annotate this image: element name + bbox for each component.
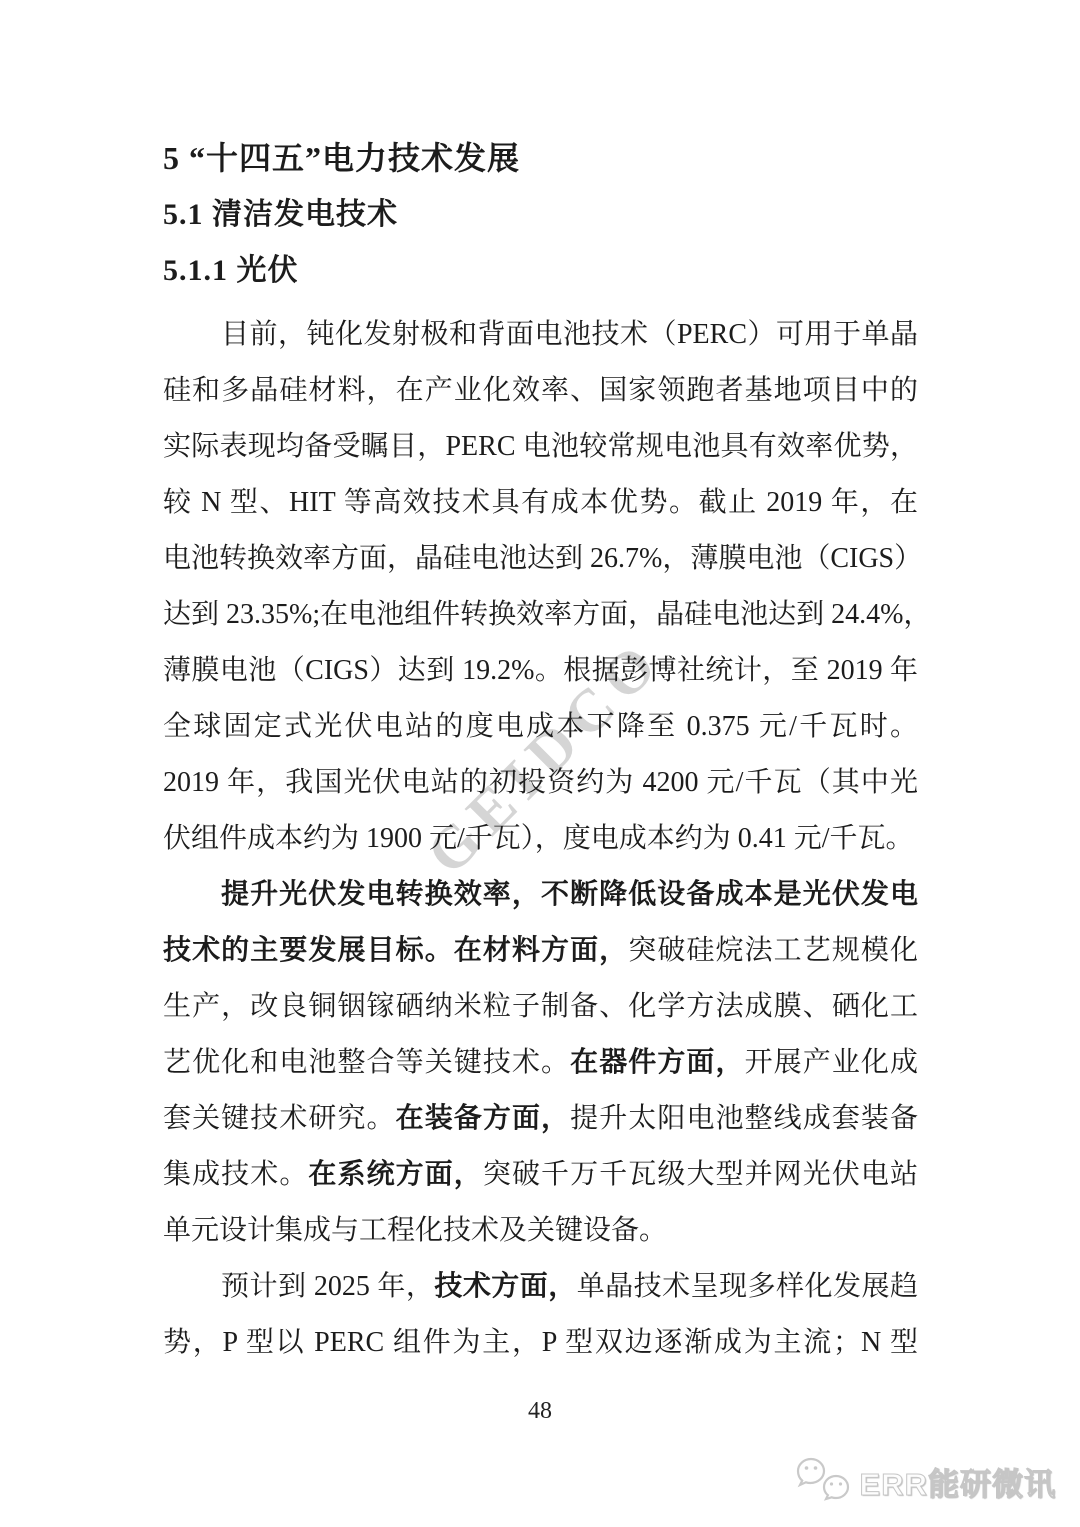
text-run: 突破千万千瓦级大型并网光伏电站 <box>483 1159 918 1190</box>
subsection-heading: 5.1 清洁发电技术 <box>163 195 918 235</box>
text-run: 生产，改良铜铟镓硒纳米粒子制备、化学方法成膜、硒化工 <box>163 991 918 1022</box>
bold-text-run: 在装备方面， <box>396 1103 570 1134</box>
page-number: 48 <box>0 1398 1080 1425</box>
text-run: 硅和多晶硅材料，在产业化效率、国家领跑者基地项目中的 <box>163 375 918 406</box>
text-line: 较 N 型、HIT 等高效技术具有成本优势。截止 2019 年，在 <box>163 475 918 531</box>
text-line: 硅和多晶硅材料，在产业化效率、国家领跑者基地项目中的 <box>163 363 918 419</box>
text-line: 伏组件成本约为 1900 元/千瓦），度电成本约为 0.41 元/千瓦。 <box>163 811 918 867</box>
text-line: 电池转换效率方面，晶硅电池达到 26.7%，薄膜电池（CIGS） <box>163 531 918 587</box>
text-run: 单元设计集成与工程化技术及关键设备。 <box>163 1215 667 1246</box>
text-run: 全球固定式光伏电站的度电成本下降至 0.375 元/千瓦时。 <box>163 711 918 742</box>
paragraph-development-goals: 提升光伏发电转换效率，不断降低设备成本是光伏发电技术的主要发展目标。在材料方面，… <box>163 867 918 1259</box>
text-run: 预计到 2025 年， <box>221 1271 434 1302</box>
bold-text-run: 在器件方面， <box>570 1047 744 1078</box>
footer-brand-label: ERR能研微讯 <box>860 1459 1056 1504</box>
text-run: 开展产业化成 <box>745 1047 918 1078</box>
text-run: 达到 23.35%;在电池组件转换效率方面，晶硅电池达到 24.4%， <box>163 599 931 630</box>
text-run: 较 N 型、HIT 等高效技术具有成本优势。截止 2019 年，在 <box>163 487 918 518</box>
text-run: 电池转换效率方面，晶硅电池达到 26.7%，薄膜电池（CIGS） <box>163 543 922 574</box>
text-line: 提升光伏发电转换效率，不断降低设备成本是光伏发电 <box>163 867 918 923</box>
text-line: 势，P 型以 PERC 组件为主，P 型双边逐渐成为主流；N 型 <box>163 1315 918 1371</box>
text-run: 单晶技术呈现多样化发展趋 <box>577 1271 918 1302</box>
text-run: 突破硅烷法工艺规模化 <box>628 935 918 966</box>
text-line: 集成技术。在系统方面，突破千万千瓦级大型并网光伏电站 <box>163 1147 918 1203</box>
text-line: 2019 年，我国光伏电站的初投资约为 4200 元/千瓦（其中光 <box>163 755 918 811</box>
paragraph-2025-outlook: 预计到 2025 年，技术方面，单晶技术呈现多样化发展趋势，P 型以 PERC … <box>163 1259 918 1371</box>
text-run: 2019 年，我国光伏电站的初投资约为 4200 元/千瓦（其中光 <box>163 767 918 798</box>
text-line: 薄膜电池（CIGS）达到 19.2%。根据彭博社统计，至 2019 年 <box>163 643 918 699</box>
text-line: 生产，改良铜铟镓硒纳米粒子制备、化学方法成膜、硒化工 <box>163 979 918 1035</box>
section-heading: 5 “十四五”电力技术发展 <box>163 138 918 178</box>
text-line: 实际表现均备受瞩目，PERC 电池较常规电池具有效率优势， <box>163 419 918 475</box>
text-line: 艺优化和电池整合等关键技术。在器件方面，开展产业化成 <box>163 1035 918 1091</box>
text-run: 薄膜电池（CIGS）达到 19.2%。根据彭博社统计，至 2019 年 <box>163 655 918 686</box>
bold-text-run: 技术的主要发展目标。在材料方面， <box>163 935 628 966</box>
text-run: 集成技术。 <box>163 1159 308 1190</box>
text-line: 技术的主要发展目标。在材料方面，突破硅烷法工艺规模化 <box>163 923 918 979</box>
text-line: 预计到 2025 年，技术方面，单晶技术呈现多样化发展趋 <box>163 1259 918 1315</box>
bold-text-run: 在系统方面， <box>308 1159 482 1190</box>
text-run: 实际表现均备受瞩目，PERC 电池较常规电池具有效率优势， <box>163 431 918 462</box>
text-run: 目前，钝化发射极和背面电池技术（PERC）可用于单晶 <box>221 319 918 350</box>
document-page: GEIDCO 5 “十四五”电力技术发展 5.1 清洁发电技术 5.1.1 光伏… <box>0 0 1080 1527</box>
page-content: 5 “十四五”电力技术发展 5.1 清洁发电技术 5.1.1 光伏 目前，钝化发… <box>0 0 1080 1371</box>
bold-text-run: 技术方面， <box>434 1271 576 1302</box>
text-line: 全球固定式光伏电站的度电成本下降至 0.375 元/千瓦时。 <box>163 699 918 755</box>
text-run: 伏组件成本约为 1900 元/千瓦），度电成本约为 0.41 元/千瓦。 <box>163 823 914 854</box>
text-run: 艺优化和电池整合等关键技术。 <box>163 1047 570 1078</box>
text-line: 目前，钝化发射极和背面电池技术（PERC）可用于单晶 <box>163 307 918 363</box>
text-run: 提升太阳电池整线成套装备 <box>570 1103 918 1134</box>
subsubsection-heading: 5.1.1 光伏 <box>163 251 918 291</box>
text-line: 单元设计集成与工程化技术及关键设备。 <box>163 1203 918 1259</box>
text-run: 势，P 型以 PERC 组件为主，P 型双边逐渐成为主流；N 型 <box>163 1327 918 1358</box>
text-run: 套关键技术研究。 <box>163 1103 396 1134</box>
footer-brand: ERR能研微讯 <box>794 1457 1056 1505</box>
text-line: 达到 23.35%;在电池组件转换效率方面，晶硅电池达到 24.4%， <box>163 587 918 643</box>
wechat-bubbles-icon <box>794 1457 852 1505</box>
text-line: 套关键技术研究。在装备方面，提升太阳电池整线成套装备 <box>163 1091 918 1147</box>
paragraph-perc-overview: 目前，钝化发射极和背面电池技术（PERC）可用于单晶硅和多晶硅材料，在产业化效率… <box>163 307 918 867</box>
bold-text-run: 提升光伏发电转换效率，不断降低设备成本是光伏发电 <box>221 879 918 910</box>
